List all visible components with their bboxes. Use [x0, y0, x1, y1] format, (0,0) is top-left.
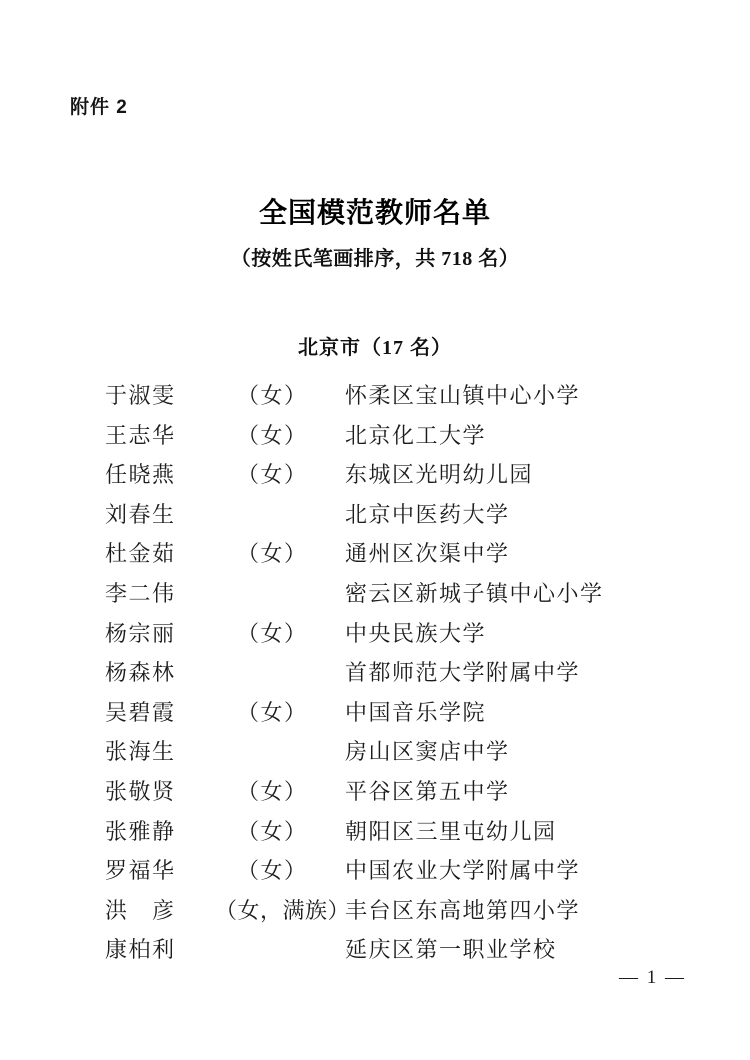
teacher-school: 通州区次渠中学 — [345, 534, 690, 574]
roster-row: 张海生房山区窦店中学 — [105, 732, 690, 772]
teacher-school: 平谷区第五中学 — [345, 772, 690, 812]
roster-row: 王志华（女）北京化工大学 — [105, 416, 690, 456]
teacher-name: 张海生 — [105, 732, 215, 772]
document-page: 附件 2 全国模范教师名单 （按姓氏笔画排序，共 718 名） 北京市（17 名… — [0, 0, 750, 1060]
teacher-name: 杜金茹 — [105, 534, 215, 574]
roster-row: 洪 彦（女，满族）丰台区东高地第四小学 — [105, 891, 690, 931]
document-title: 全国模范教师名单 — [0, 191, 750, 231]
teacher-name: 康柏利 — [105, 930, 215, 970]
teacher-gender — [215, 495, 345, 535]
roster-row: 张雅静（女）朝阳区三里屯幼儿园 — [105, 812, 690, 852]
teacher-name: 杨森林 — [105, 653, 215, 693]
teacher-name: 王志华 — [105, 416, 215, 456]
teacher-name: 于淑雯 — [105, 376, 215, 416]
teacher-name: 刘春生 — [105, 495, 215, 535]
teacher-gender — [215, 930, 345, 970]
teacher-gender: （女） — [215, 455, 345, 495]
teacher-gender: （女） — [215, 614, 345, 654]
teacher-name: 李二伟 — [105, 574, 215, 614]
teacher-gender — [215, 732, 345, 772]
roster-list: 于淑雯（女）怀柔区宝山镇中心小学王志华（女）北京化工大学任晓燕（女）东城区光明幼… — [105, 376, 690, 970]
attachment-label: 附件 2 — [70, 92, 128, 119]
teacher-school: 朝阳区三里屯幼儿园 — [345, 812, 690, 852]
section-header-beijing: 北京市（17 名） — [0, 331, 750, 360]
roster-row: 刘春生北京中医药大学 — [105, 495, 690, 535]
teacher-gender: （女） — [215, 812, 345, 852]
teacher-name: 洪 彦 — [105, 891, 215, 931]
roster-row: 杨宗丽（女）中央民族大学 — [105, 614, 690, 654]
roster-row: 杨森林首都师范大学附属中学 — [105, 653, 690, 693]
roster-row: 罗福华（女）中国农业大学附属中学 — [105, 851, 690, 891]
teacher-name: 张雅静 — [105, 812, 215, 852]
teacher-school: 怀柔区宝山镇中心小学 — [345, 376, 690, 416]
teacher-name: 任晓燕 — [105, 455, 215, 495]
teacher-gender: （女） — [215, 693, 345, 733]
teacher-name: 张敬贤 — [105, 772, 215, 812]
roster-row: 吴碧霞（女）中国音乐学院 — [105, 693, 690, 733]
teacher-school: 中国音乐学院 — [345, 693, 690, 733]
teacher-school: 东城区光明幼儿园 — [345, 455, 690, 495]
teacher-school: 北京中医药大学 — [345, 495, 690, 535]
teacher-school: 首都师范大学附属中学 — [345, 653, 690, 693]
roster-row: 张敬贤（女）平谷区第五中学 — [105, 772, 690, 812]
teacher-gender: （女） — [215, 376, 345, 416]
roster-row: 于淑雯（女）怀柔区宝山镇中心小学 — [105, 376, 690, 416]
teacher-gender: （女，满族） — [215, 891, 345, 931]
teacher-gender — [215, 574, 345, 614]
teacher-gender: （女） — [215, 772, 345, 812]
teacher-name: 吴碧霞 — [105, 693, 215, 733]
roster-row: 康柏利延庆区第一职业学校 — [105, 930, 690, 970]
roster-row: 李二伟密云区新城子镇中心小学 — [105, 574, 690, 614]
teacher-school: 房山区窦店中学 — [345, 732, 690, 772]
teacher-name: 罗福华 — [105, 851, 215, 891]
teacher-gender: （女） — [215, 534, 345, 574]
teacher-gender: （女） — [215, 416, 345, 456]
teacher-school: 北京化工大学 — [345, 416, 690, 456]
roster-row: 任晓燕（女）东城区光明幼儿园 — [105, 455, 690, 495]
teacher-school: 中央民族大学 — [345, 614, 690, 654]
page-number: — 1 — — [619, 967, 686, 989]
teacher-school: 丰台区东高地第四小学 — [345, 891, 690, 931]
teacher-school: 中国农业大学附属中学 — [345, 851, 690, 891]
teacher-name: 杨宗丽 — [105, 614, 215, 654]
roster-row: 杜金茹（女）通州区次渠中学 — [105, 534, 690, 574]
teacher-gender: （女） — [215, 851, 345, 891]
teacher-gender — [215, 653, 345, 693]
teacher-school: 密云区新城子镇中心小学 — [345, 574, 690, 614]
document-subtitle: （按姓氏笔画排序，共 718 名） — [0, 242, 750, 271]
teacher-school: 延庆区第一职业学校 — [345, 930, 690, 970]
